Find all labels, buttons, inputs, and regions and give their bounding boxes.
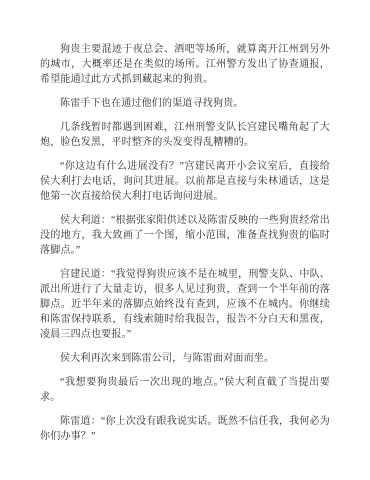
paragraph-9: 陈雷道：“你上次没有跟我说实话。既然不信任我，我何必为你们办事？” <box>40 414 330 444</box>
paragraph-8: “我想要狗贵最后一次出现的地点。”侯大利直截了当提出要求。 <box>40 375 330 405</box>
paragraph-6: 宫建民道：“我觉得狗贵应该不是在城里，刑警支队、中队、派出所进行了大量走访，很多… <box>40 267 330 342</box>
reading-area: 狗贵主要混迹于夜总会、酒吧等场所，就算离开江州到另外的城市，大概率还是在类似的场… <box>40 42 330 444</box>
paragraph-1: 狗贵主要混迹于夜总会、酒吧等场所，就算离开江州到另外的城市，大概率还是在类似的场… <box>40 42 330 87</box>
paragraph-5: 侯大利道：“根据张家阳供述以及陈雷反映的一些狗贵经常出没的地方，我大致画了一个图… <box>40 213 330 258</box>
paragraph-7: 侯大利再次来到陈雷公司，与陈雷面对面而坐。 <box>40 351 330 366</box>
novel-reader-page: 狗贵主要混迹于夜总会、酒吧等场所，就算离开江州到另外的城市，大概率还是在类似的场… <box>0 0 370 480</box>
paragraph-2: 陈雷手下也在通过他们的渠道寻找狗贵。 <box>40 96 330 111</box>
paragraph-3: 几条线暂时都遇到困难，江州刑警支队长宫建民嘴角起了大炮，脸色发黑，平时整齐的头发… <box>40 120 330 150</box>
paragraph-4: “你这边有什么进展没有？”宫建民离开小会议室后，直接给侯大利打去电话，询问其进展… <box>40 159 330 204</box>
